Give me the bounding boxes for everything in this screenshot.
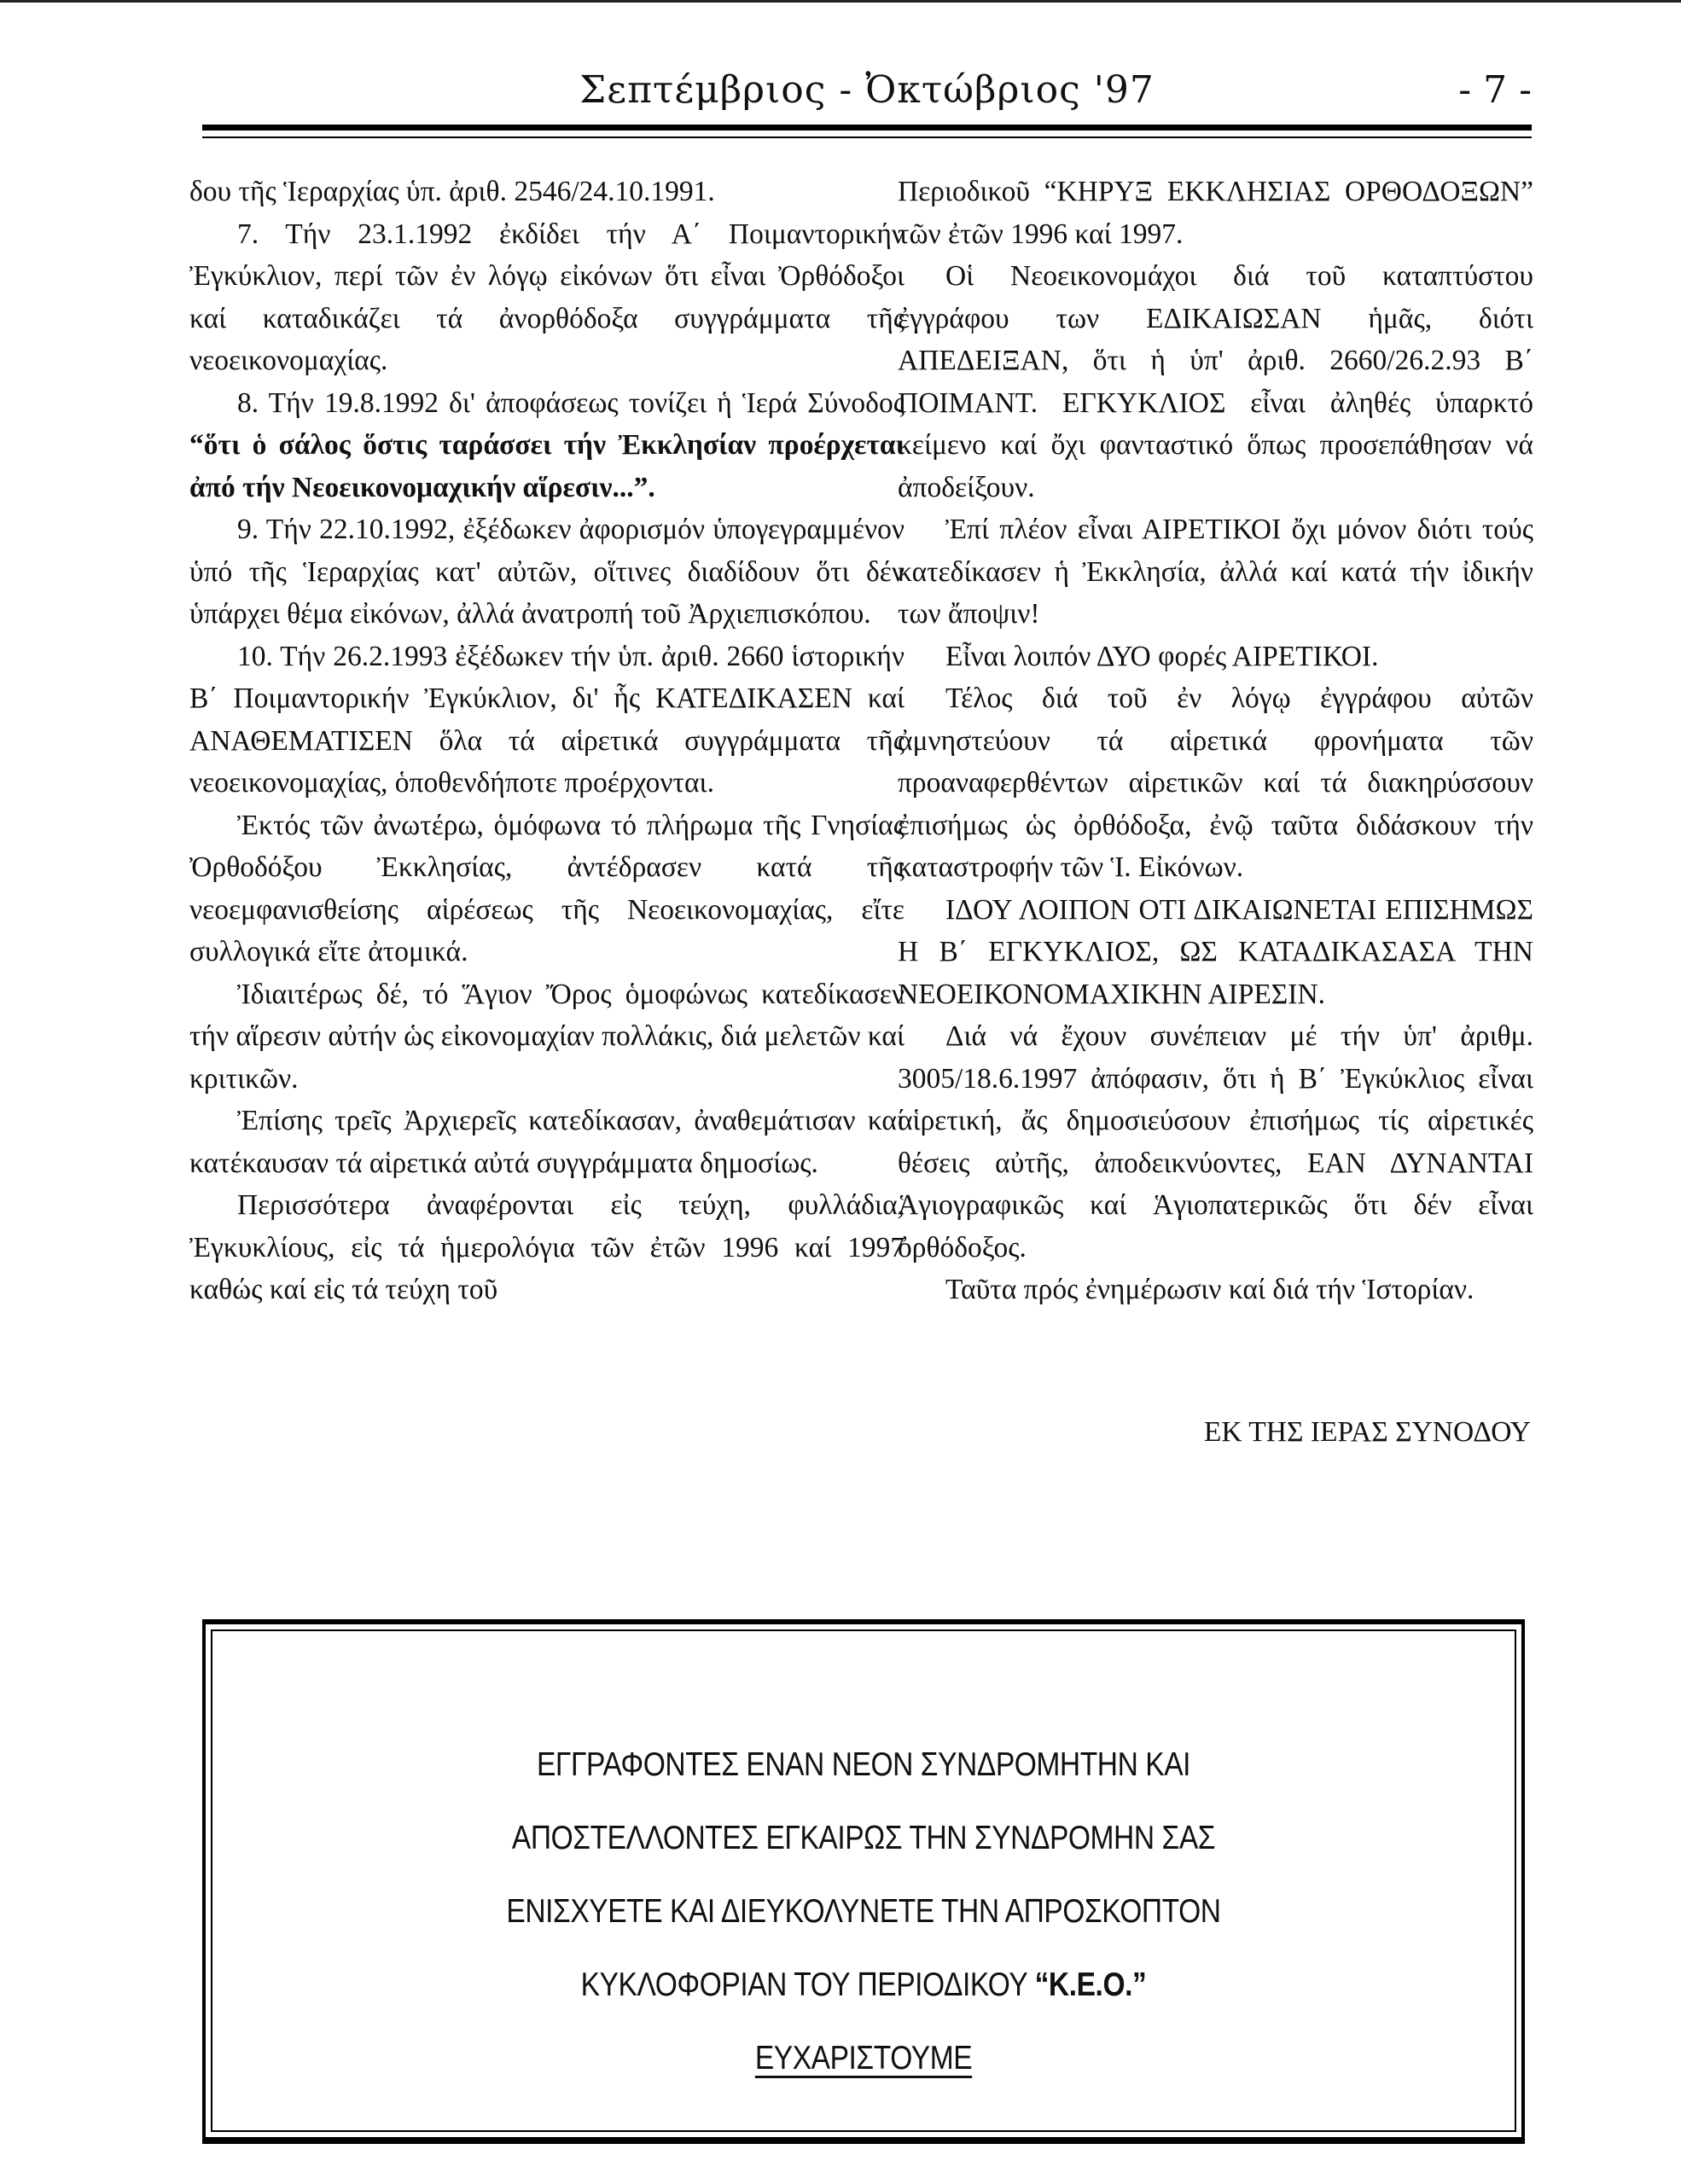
- paragraph: Ἐπί πλέον εἶναι ΑΙΡΕΤΙΚΟΙ ὄχι μόνον διότ…: [898, 508, 1533, 636]
- paragraph: ΙΔΟΥ ΛΟΙΠΟΝ ΟΤΙ ΔΙΚΑΙΩΝΕΤΑΙ ΕΠΙΣΗΜΩΣ Η Β…: [898, 889, 1533, 1016]
- bold-quote: “ὅτι ὁ σάλος ὅστις ταράσσει τήν Ἐκκλησία…: [189, 429, 904, 503]
- notice-line: ΕΝΙΣΧΥΕΤΕ ΚΑΙ ΔΙΕΥΚΟΛΥΝΕΤΕ ΤΗΝ ΑΠΡΟΣΚΟΠΤ…: [298, 1875, 1429, 1949]
- paragraph-text: 8. Τήν 19.8.1992 δι' ἀποφάσεως τονίζει ἡ…: [237, 387, 904, 419]
- left-column: δου τῆς Ἱεραρχίας ὑπ. ἀριθ. 2546/24.10.1…: [189, 171, 904, 1311]
- notice-line-text: ΚΥΚΛΟΦΟΡΙΑΝ ΤΟΥ ΠΕΡΙΟΔΙΚΟΥ: [581, 1966, 1035, 2003]
- page-header: Σεπτέμβριος - Ὀκτώβριος '97 - 7 -: [202, 68, 1532, 128]
- paragraph: 9. Τήν 22.10.1992, ἐξέδωκεν ἀφορισμόν ὑπ…: [189, 508, 904, 636]
- notice-line: ΕΥΧΑΡΙΣΤΟΥΜΕ: [298, 2022, 1429, 2095]
- paragraph: Ἐκτός τῶν ἀνωτέρω, ὁμόφωνα τό πλήρωμα τῆ…: [189, 804, 904, 973]
- subscription-notice-box: ΕΓΓΡΑΦΟΝΤΕΣ ΕΝΑΝ ΝΕΟΝ ΣΥΝΔΡΟΜΗΤΗΝ ΚΑΙ ΑΠ…: [202, 1619, 1525, 2144]
- signature: ΕΚ ΤΗΣ ΙΕΡΑΣ ΣΥΝΟΔΟΥ: [898, 1416, 1531, 1449]
- magazine-abbreviation: “Κ.Ε.Ο.”: [1035, 1966, 1147, 2003]
- paragraph: Διά νά ἔχουν συνέπειαν μέ τήν ὑπ' ἀριθμ.…: [898, 1015, 1533, 1269]
- paragraph: Ταῦτα πρός ἐνημέρωσιν καί διά τήν Ἱστορί…: [898, 1269, 1533, 1311]
- paragraph: 8. Τήν 19.8.1992 δι' ἀποφάσεως τονίζει ἡ…: [189, 382, 904, 509]
- paragraph: Οἱ Νεοεικονομάχοι διά τοῦ καταπτύστου ἐγ…: [898, 255, 1533, 508]
- notice-line: ΑΠΟΣΤΕΛΛΟΝΤΕΣ ΕΓΚΑΙΡΩΣ ΤΗΝ ΣΥΝΔΡΟΜΗΝ ΣΑΣ: [298, 1802, 1429, 1875]
- header-rule-thick: [202, 125, 1532, 131]
- issue-title: Σεπτέμβριος - Ὀκτώβριος '97: [202, 68, 1532, 112]
- paragraph: Εἶναι λοιπόν ΔΥΟ φορές ΑΙΡΕΤΙΚΟΙ.: [898, 636, 1533, 678]
- header-rule-thin: [202, 136, 1532, 138]
- notice-text: ΕΓΓΡΑΦΟΝΤΕΣ ΕΝΑΝ ΝΕΟΝ ΣΥΝΔΡΟΜΗΤΗΝ ΚΑΙ ΑΠ…: [298, 1728, 1429, 2095]
- right-column: Περιοδικοῦ “ΚΗΡΥΞ ΕΚΚΛΗΣΙΑΣ ΟΡΘΟΔΟΞΩΝ” τ…: [898, 171, 1533, 1311]
- notice-line: ΚΥΚΛΟΦΟΡΙΑΝ ΤΟΥ ΠΕΡΙΟΔΙΚΟΥ “Κ.Ε.Ο.”: [298, 1949, 1429, 2022]
- paragraph: Περιοδικοῦ “ΚΗΡΥΞ ΕΚΚΛΗΣΙΑΣ ΟΡΘΟΔΟΞΩΝ” τ…: [898, 171, 1533, 255]
- paragraph: Περισσότερα ἀναφέρονται εἰς τεύχη, φυλλά…: [189, 1184, 904, 1311]
- paragraph: δου τῆς Ἱεραρχίας ὑπ. ἀριθ. 2546/24.10.1…: [189, 171, 904, 213]
- paragraph: Ἐπίσης τρεῖς Ἀρχιερεῖς κατεδίκασαν, ἀναθ…: [189, 1100, 904, 1184]
- paragraph: 7. Τήν 23.1.1992 ἐκδίδει τήν Α΄ Ποιμαντο…: [189, 213, 904, 382]
- paragraph: Ἰδιαιτέρως δέ, τό Ἅγιον Ὄρος ὁμοφώνως κα…: [189, 973, 904, 1101]
- page-number: - 7 -: [1458, 68, 1532, 112]
- paragraph: 10. Τήν 26.2.1993 ἐξέδωκεν τήν ὑπ. ἀριθ.…: [189, 636, 904, 804]
- notice-line: ΕΓΓΡΑΦΟΝΤΕΣ ΕΝΑΝ ΝΕΟΝ ΣΥΝΔΡΟΜΗΤΗΝ ΚΑΙ: [298, 1728, 1429, 1802]
- scan-edge: [0, 0, 1681, 3]
- thanks-text: ΕΥΧΑΡΙΣΤΟΥΜΕ: [755, 2040, 972, 2077]
- paragraph: Τέλος διά τοῦ ἐν λόγῳ ἐγγράφου αὐτῶν ἀμν…: [898, 677, 1533, 889]
